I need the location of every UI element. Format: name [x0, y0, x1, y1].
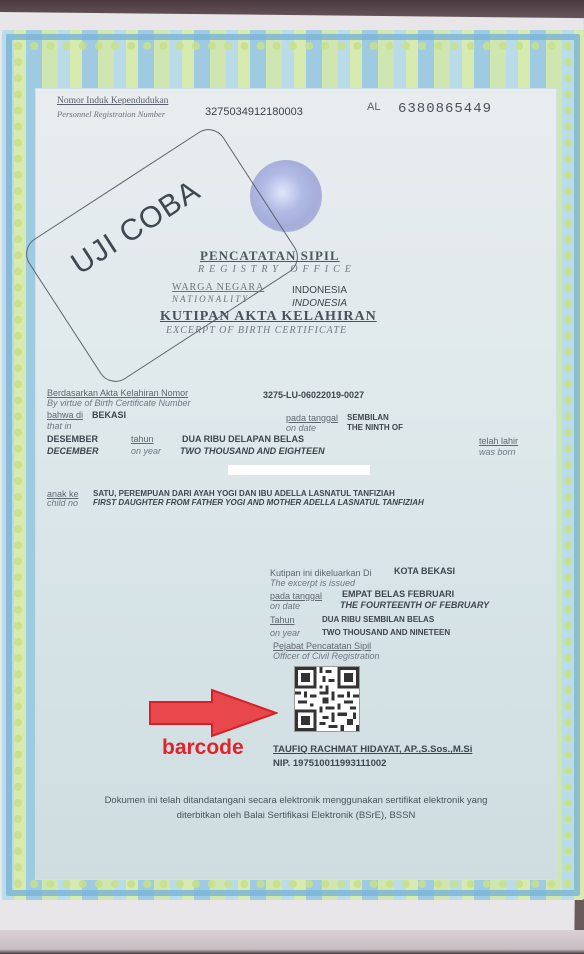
redacted-name [228, 465, 370, 475]
issued-year-en: TWO THOUSAND AND NINETEEN [322, 628, 450, 637]
office-title: PENCATATAN SIPIL [200, 248, 340, 264]
child-value: SATU, PEREMPUAN DARI AYAH YOGI DAN IBU A… [93, 489, 395, 498]
document-title: KUTIPAN AKTA KELAHIRAN [160, 309, 377, 325]
born-label: telah lahir [479, 436, 518, 446]
nationality-label-en: NATIONALITY [172, 294, 249, 304]
officer-nip: NIP. 197510011993111002 [273, 758, 386, 769]
birth-day-value-en: THE NINTH OF [347, 423, 403, 432]
born-label-en: was born [479, 447, 516, 457]
background-bottom [0, 930, 584, 954]
child-label-en: child no [47, 498, 78, 508]
serial-number: 6380865449 [398, 101, 492, 117]
document-title-en: EXCERPT OF BIRTH CERTIFICATE [166, 325, 347, 336]
barcode-annotation-label: barcode [162, 736, 244, 760]
birth-year-en: TWO THOUSAND AND EIGHTEEN [180, 446, 325, 456]
place-label: bahwa di [47, 410, 83, 420]
cert-number: 3275-LU-06022019-0027 [263, 390, 364, 400]
place-value: BEKASI [92, 410, 126, 420]
nik-label: Nomor Induk Kependudukan [57, 96, 168, 106]
annotation-arrow-icon [148, 688, 278, 738]
officer-label: Pejabat Pencatatan Sipil [273, 641, 371, 651]
issued-date-label-en: on date [270, 601, 300, 611]
issued-label-en: The excerpt is issued [270, 578, 355, 588]
cert-number-label: Berdasarkan Akta Kelahiran Nomor [47, 388, 188, 398]
issued-date-en: THE FOURTEENTH OF FEBRUARY [340, 600, 489, 610]
issued-date: EMPAT BELAS FEBRUARI [342, 589, 454, 599]
birth-date-label-en: on date [286, 423, 316, 433]
nationality-label: WARGA NEGARA [172, 282, 264, 293]
birth-day-value: SEMBILAN [347, 413, 389, 422]
qr-code [294, 666, 360, 732]
footer-line-1: Dokumen ini telah ditandatangani secara … [46, 793, 546, 808]
office-title-en: REGISTRY OFFICE [198, 264, 356, 275]
nik-label-en: Personnel Registration Number [57, 109, 165, 119]
nik-value: 3275034912180003 [205, 106, 303, 118]
birth-year-label: tahun [131, 434, 154, 444]
officer-label-en: Officer of Civil Registration [273, 651, 380, 661]
issued-date-label: pada tanggal [270, 591, 322, 601]
nationality-value: INDONESIA [292, 285, 347, 296]
issued-label: Kutipan ini dikeluarkan Di [270, 568, 372, 578]
footer-line-2: diterbitkan oleh Balai Sertifikasi Elekt… [46, 808, 546, 823]
place-label-en: that in [47, 421, 72, 431]
birth-year: DUA RIBU DELAPAN BELAS [182, 434, 304, 444]
birth-date-label: pada tanggal [286, 413, 338, 423]
officer-name: TAUFIQ RACHMAT HIDAYAT, AP.,S.Sos.,M.Si [273, 744, 472, 755]
serial-prefix: AL [367, 101, 380, 113]
birth-month: DESEMBER [47, 434, 98, 444]
birth-year-label-en: on year [131, 446, 161, 456]
birth-month-en: DECEMBER [47, 446, 99, 456]
issued-place: KOTA BEKASI [394, 566, 455, 576]
child-value-en: FIRST DAUGHTER FROM FATHER YOGI AND MOTH… [93, 498, 424, 507]
issued-year-label: Tahun [270, 615, 295, 625]
cert-number-label-en: By virtue of Birth Certificate Number [47, 398, 191, 408]
nationality-value-en: INDONESIA [292, 298, 347, 309]
issued-year-label-en: on year [270, 628, 300, 638]
issued-year: DUA RIBU SEMBILAN BELAS [322, 615, 434, 624]
